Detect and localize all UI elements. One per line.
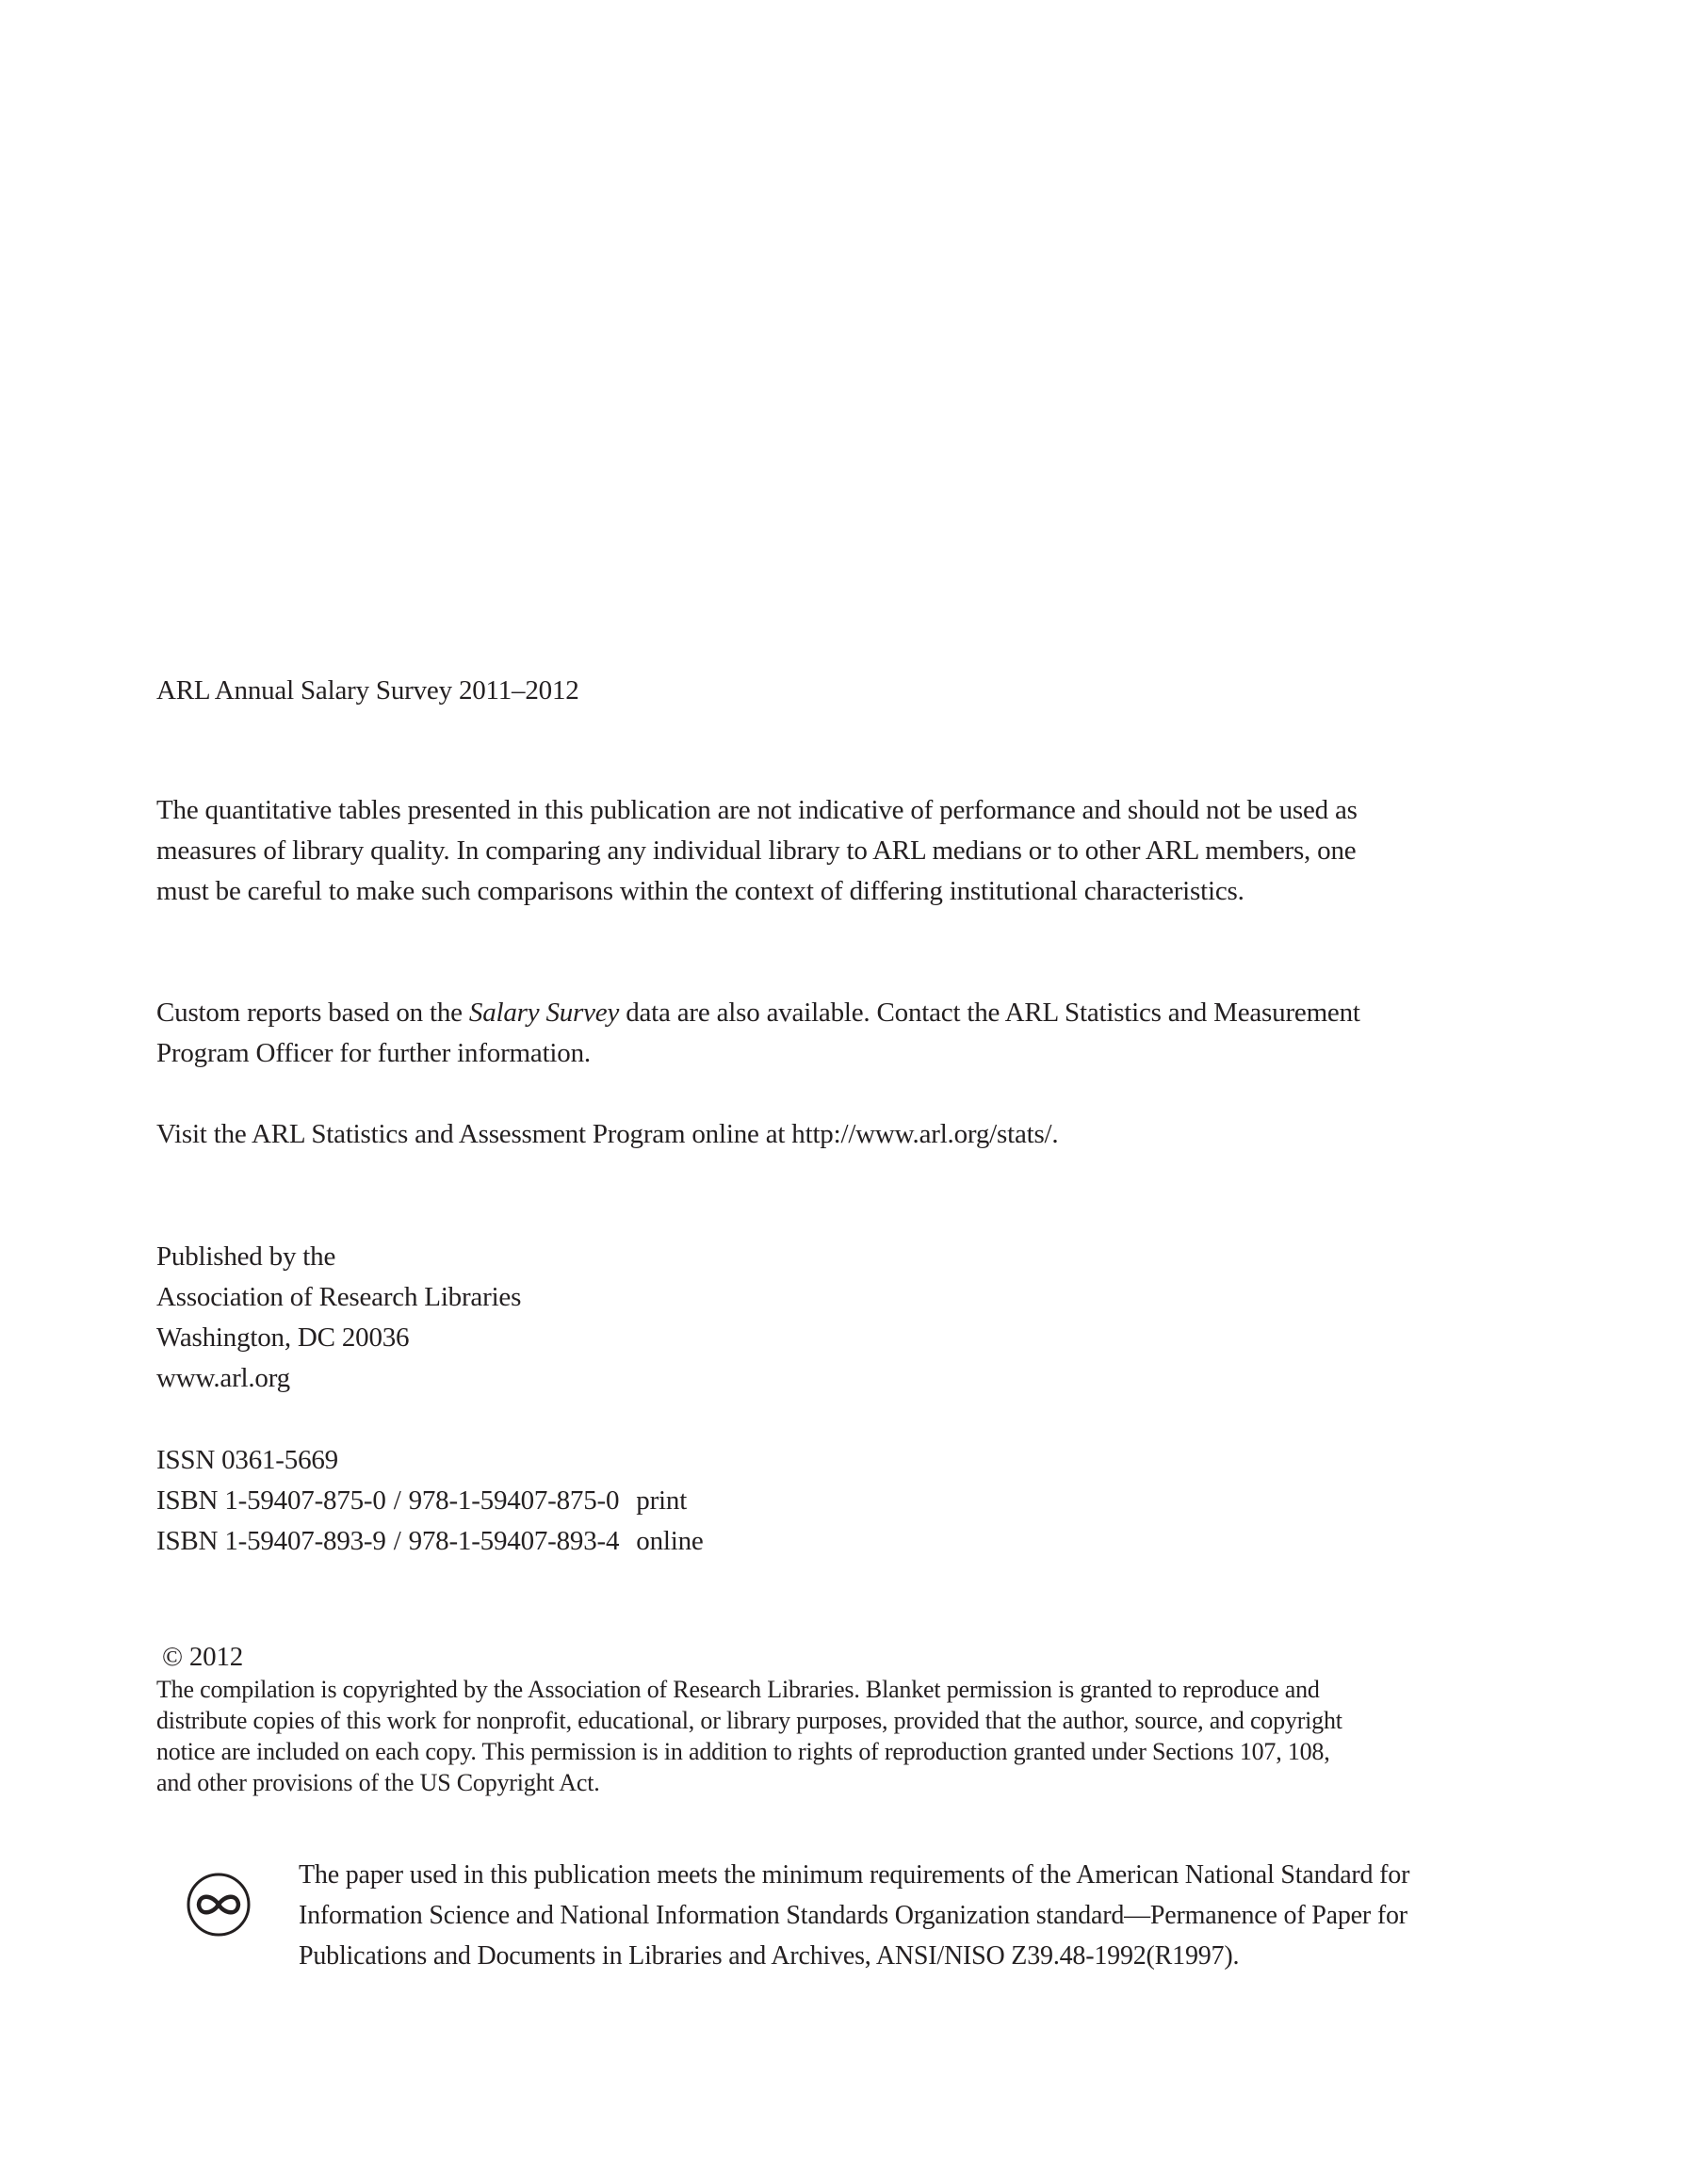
salary-survey-title: Salary Survey xyxy=(469,998,619,1028)
isbn13: 978-1-59407-893-4 xyxy=(409,1526,620,1556)
isbn-online: ISBN 1-59407-893-9/978-1-59407-893-4onli… xyxy=(156,1521,704,1562)
issn: ISSN 0361-5669 xyxy=(156,1440,704,1481)
custom-reports-text: Custom reports based on the xyxy=(156,998,469,1028)
disclaimer-paragraph: The quantitative tables presented in thi… xyxy=(156,790,1570,912)
copyright-block: © 2012 The compilation is copyrighted by… xyxy=(156,1640,1570,1798)
disclaimer-line: The quantitative tables presented in thi… xyxy=(156,790,1570,831)
paper-permanence-notice: The paper used in this publication meets… xyxy=(299,1855,1409,1976)
copyright-line: The compilation is copyrighted by the As… xyxy=(156,1674,1570,1705)
identifiers-block: ISSN 0361-5669 ISBN 1-59407-875-0/978-1-… xyxy=(156,1440,704,1562)
isbn-print: ISBN 1-59407-875-0/978-1-59407-875-0prin… xyxy=(156,1481,704,1521)
custom-reports-text: data are also available. Contact the ARL… xyxy=(619,998,1360,1028)
copyright-line: and other provisions of the US Copyright… xyxy=(156,1767,1570,1798)
isbn10: ISBN 1-59407-875-0 xyxy=(156,1485,386,1516)
published-by-label: Published by the xyxy=(156,1237,521,1277)
custom-reports-line: Program Officer for further information. xyxy=(156,1033,1570,1074)
disclaimer-line: must be careful to make such comparisons… xyxy=(156,871,1570,912)
infinity-circle-icon xyxy=(187,1873,251,1937)
custom-reports-line: Custom reports based on the Salary Surve… xyxy=(156,993,1570,1033)
publisher-website: www.arl.org xyxy=(156,1358,521,1399)
visit-text: Visit the ARL Statistics and Assessment … xyxy=(156,1114,1058,1155)
isbn13: 978-1-59407-875-0 xyxy=(409,1485,620,1516)
isbn10: ISBN 1-59407-893-9 xyxy=(156,1526,386,1556)
publisher-block: Published by the Association of Research… xyxy=(156,1237,521,1399)
publisher-address: Washington, DC 20036 xyxy=(156,1318,521,1358)
custom-reports-paragraph: Custom reports based on the Salary Surve… xyxy=(156,993,1570,1074)
title-text: ARL Annual Salary Survey 2011–2012 xyxy=(156,671,579,711)
isbn-format: print xyxy=(636,1485,687,1516)
copyright-year: © 2012 xyxy=(162,1640,1570,1674)
disclaimer-line: measures of library quality. In comparin… xyxy=(156,831,1570,871)
publisher-name: Association of Research Libraries xyxy=(156,1277,521,1318)
isbn-format: online xyxy=(636,1526,703,1556)
paper-notice-line: Information Science and National Informa… xyxy=(299,1895,1409,1936)
visit-paragraph: Visit the ARL Statistics and Assessment … xyxy=(156,1114,1058,1155)
paper-notice-line: The paper used in this publication meets… xyxy=(299,1855,1409,1895)
copyright-line: distribute copies of this work for nonpr… xyxy=(156,1705,1570,1736)
copyright-line: notice are included on each copy. This p… xyxy=(156,1736,1570,1767)
paper-notice-line: Publications and Documents in Libraries … xyxy=(299,1936,1409,1976)
document-title: ARL Annual Salary Survey 2011–2012 xyxy=(156,671,579,711)
